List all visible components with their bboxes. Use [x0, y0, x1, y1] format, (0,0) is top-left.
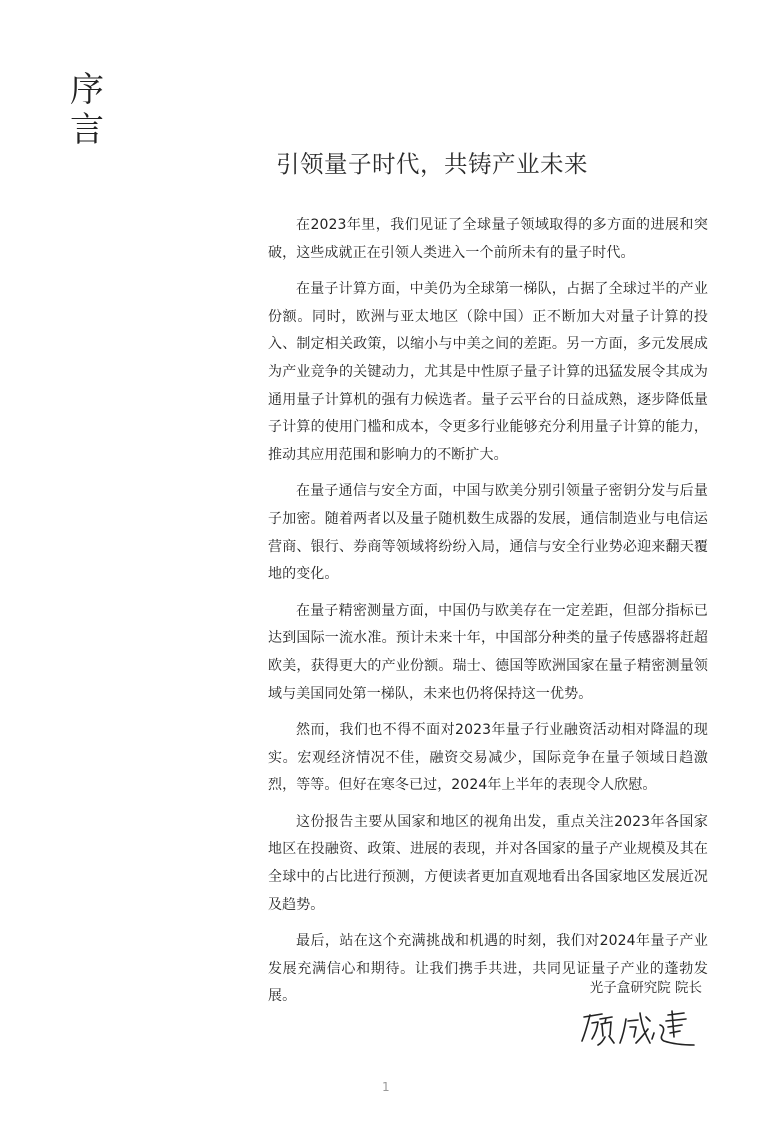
paragraph: 在量子计算方面，中美仍为全球第一梯队，占据了全球过半的产业份额。同时，欧洲与亚太… [268, 276, 708, 469]
preface-body: 在2023年里，我们见证了全球量子领域取得的多方面的进展和突破，这些成就正在引领… [268, 212, 708, 1020]
section-title-char: 言 [70, 110, 110, 150]
section-title-char: 序 [70, 70, 110, 110]
paragraph: 在2023年里，我们见证了全球量子领域取得的多方面的进展和突破，这些成就正在引领… [268, 212, 708, 267]
section-title-vertical: 序 言 [70, 70, 110, 150]
paragraph: 在量子通信与安全方面，中国与欧美分别引领量子密钥分发与后量子加密。随着两者以及量… [268, 478, 708, 588]
page-number: 1 [382, 1080, 390, 1094]
paragraph: 最后，站在这个充满挑战和机遇的时刻，我们对2024年量子产业发展充满信心和期待。… [268, 928, 708, 1011]
handwritten-signature [580, 1005, 700, 1050]
paragraph: 然而，我们也不得不面对2023年量子行业融资活动相对降温的现实。宏观经济情况不佳… [268, 717, 708, 800]
paragraph: 这份报告主要从国家和地区的视角出发，重点关注2023年各国家地区在投融资、政策、… [268, 809, 708, 919]
signatory-title: 光子盒研究院 院长 [590, 976, 702, 996]
headline: 引领量子时代，共铸产业未来 [276, 145, 588, 179]
paragraph: 在量子精密测量方面，中国仍与欧美存在一定差距，但部分指标已达到国际一流水准。预计… [268, 598, 708, 708]
